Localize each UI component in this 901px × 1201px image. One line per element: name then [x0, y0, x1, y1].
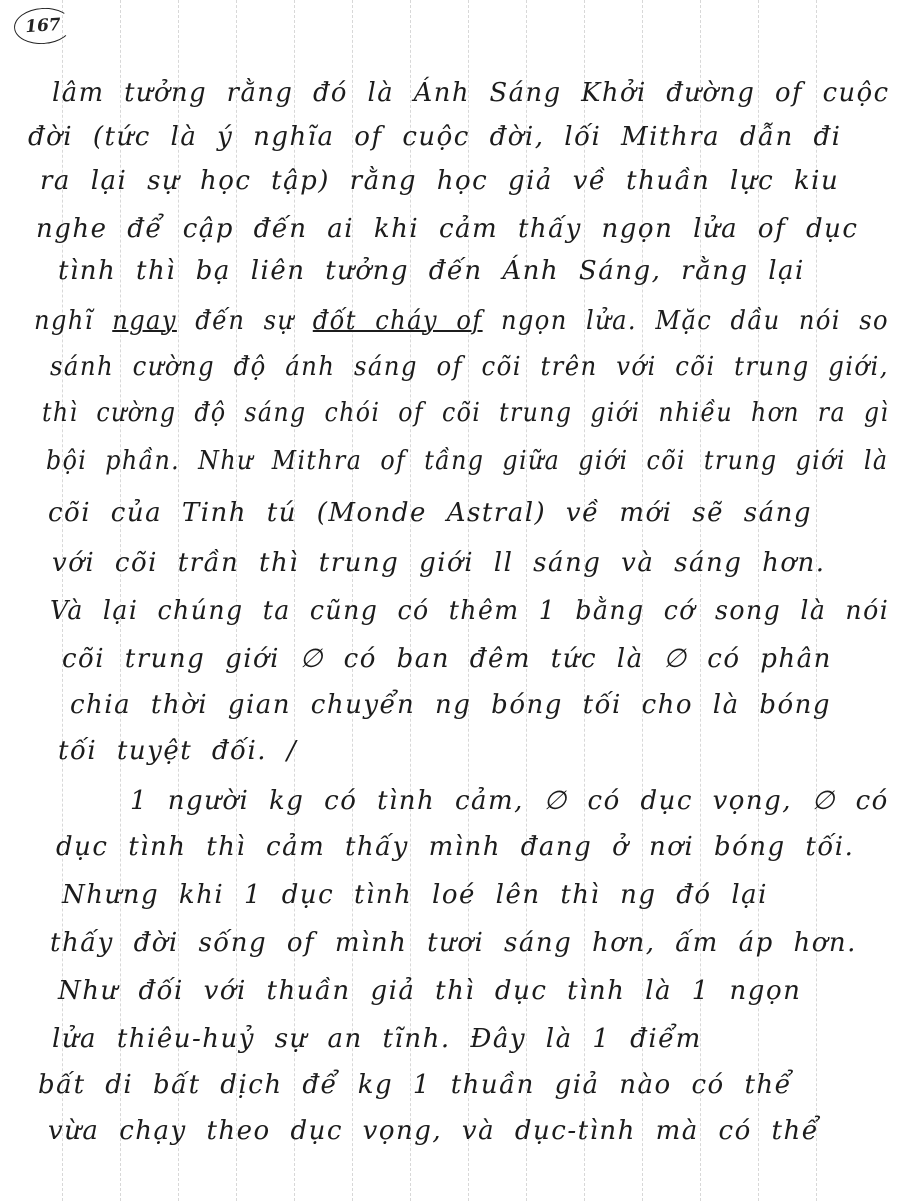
text-line: ra lại sự học tập) rằng học giả về thuần…: [40, 166, 839, 196]
underlined-phrase: đốt cháy of: [313, 306, 483, 336]
text-line: cõi trung giới ∅ có ban đêm tức là ∅ có …: [62, 644, 832, 674]
manuscript-page: 167 lâm tưởng rằng đó là Ánh Sáng Khởi đ…: [0, 0, 901, 1201]
text-line: Như đối với thuần giả thì dục tình là 1 …: [58, 976, 801, 1006]
page-number: 167: [13, 6, 73, 46]
text-line: đời (tức là ý nghĩa of cuộc đời, lối Mit…: [28, 122, 841, 152]
text-segment: đến sự: [177, 306, 313, 336]
text-line: sánh cường độ ánh sáng of cõi trên với c…: [50, 352, 889, 382]
underlined-phrase: ngay: [112, 306, 177, 336]
text-line: tối tuyệt đối. /: [58, 736, 297, 766]
text-line: Nhưng khi 1 dục tình loé lên thì ng đó l…: [62, 880, 768, 910]
text-line: bội phần. Như Mithra of tầng giữa giới c…: [46, 446, 888, 476]
text-line: vừa chạy theo dục vọng, và dục-tình mà c…: [48, 1116, 819, 1146]
text-line: dục tình thì cảm thấy mình đang ở nơi bó…: [56, 832, 854, 862]
text-line: với cõi trần thì trung giới ll sáng và s…: [52, 548, 826, 578]
text-line: bất di bất dịch để kg 1 thuần giả nào có…: [38, 1070, 792, 1100]
text-line: tình thì bạ liên tưởng đến Ánh Sáng, rằn…: [58, 256, 805, 286]
text-line: cõi của Tinh tú (Monde Astral) về mới sẽ…: [48, 498, 812, 528]
text-line: nghe để cập đến ai khi cảm thấy ngọn lửa…: [36, 214, 858, 244]
text-line: nghĩ ngay đến sự đốt cháy of ngọn lửa. M…: [34, 306, 889, 336]
text-line: chia thời gian chuyển ng bóng tối cho là…: [70, 690, 831, 720]
text-line: thì cường độ sáng chói of cõi trung giới…: [42, 398, 889, 428]
text-line: Và lại chúng ta cũng có thêm 1 bằng cớ s…: [50, 596, 889, 626]
text-line: thấy đời sống of mình tươi sáng hơn, ấm …: [50, 928, 857, 958]
text-segment: ngọn lửa. Mặc dầu nói so: [483, 306, 889, 336]
text-line: lửa thiêu-huỷ sự an tĩnh. Đây là 1 điểm: [52, 1024, 702, 1054]
text-line: lâm tưởng rằng đó là Ánh Sáng Khởi đường…: [52, 78, 890, 108]
text-segment: nghĩ: [34, 306, 112, 336]
text-line: 1 người kg có tình cảm, ∅ có dục vọng, ∅…: [130, 786, 889, 816]
